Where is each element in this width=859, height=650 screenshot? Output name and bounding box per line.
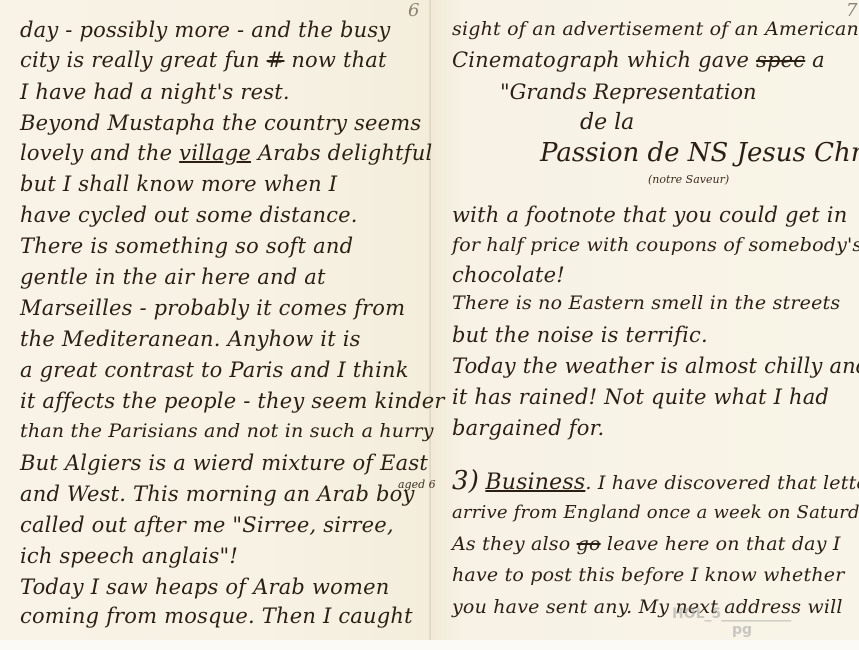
handwritten-line: called out after me "Sirree, sirree, (20, 513, 394, 537)
section-number: 3) (452, 466, 479, 496)
handwritten-line: bargained for. (452, 416, 604, 440)
handwritten-line: coming from mosque. Then I caught (20, 604, 413, 628)
handwritten-line: for half price with coupons of somebody'… (452, 234, 859, 256)
quoted-advertisement-line: Passion de NS Jesus Christ! (540, 138, 859, 168)
handwritten-line: As they also go leave here on that day I (452, 533, 841, 555)
handwritten-line: but the noise is terrific. (452, 323, 708, 347)
handwritten-line: it affects the people - they seem kinder (20, 389, 445, 413)
handwritten-line: ich speech anglais"! (20, 544, 238, 568)
section-heading: Business (485, 470, 585, 495)
interlinear-insertion: aged 6 (398, 478, 436, 491)
handwritten-line: a great contrast to Paris and I think (20, 358, 409, 382)
handwritten-line: Today I saw heaps of Arab women (20, 575, 389, 599)
annotation-note: (notre Saveur) (648, 173, 729, 186)
handwritten-line: gentle in the air here and at (20, 265, 326, 289)
handwritten-line: There is something so soft and (20, 234, 353, 258)
handwritten-line: 3) Business. I have discovered that lett… (452, 466, 859, 496)
handwritten-line: have to post this before I know whether (452, 564, 845, 586)
page-number-left: 6 (408, 0, 419, 21)
handwritten-line: day - possibly more - and the busy (20, 18, 390, 42)
handwritten-line: with a footnote that you could get in (452, 203, 847, 227)
handwritten-line: it has rained! Not quite what I had (452, 385, 829, 409)
letter-scan: 6 7 day - possibly more - and the busy c… (0, 0, 859, 650)
handwritten-line: sight of an advertisement of an American (452, 18, 859, 40)
handwritten-line: but I shall know more when I (20, 172, 337, 196)
quoted-advertisement-line: de la (580, 110, 634, 135)
handwritten-line: Today the weather is almost chilly and (452, 354, 859, 378)
handwritten-line: arrive from England once a week on Satur… (452, 502, 859, 523)
handwritten-line: I have had a night's rest. (20, 80, 290, 104)
scan-bottom-edge (0, 640, 859, 650)
handwritten-line: Beyond Mustapha the country seems (20, 111, 421, 135)
struck-out-word: spec (756, 48, 805, 72)
struck-out-word: go (577, 533, 601, 555)
handwritten-line: lovely and the village Arabs delightful (20, 141, 432, 165)
handwritten-line: than the Parisians and not in such a hur… (20, 420, 434, 442)
handwritten-line: have cycled out some distance. (20, 203, 358, 227)
quoted-advertisement-line: "Grands Representation (500, 80, 757, 104)
handwritten-line: the Mediteranean. Anyhow it is (20, 327, 361, 351)
handwritten-line: city is really great fun # now that (20, 48, 387, 72)
handwritten-line: Cinematograph which gave spec a (452, 48, 825, 72)
handwritten-line: chocolate! (452, 263, 565, 287)
handwritten-line: But Algiers is a wierd mixture of East (20, 451, 428, 475)
filename-watermark: HOL_5__________ pg (672, 606, 791, 638)
underlined-word: village (179, 141, 251, 165)
handwritten-line: and West. This morning an Arab boy (20, 482, 415, 506)
struck-out-mark: # (267, 48, 285, 72)
handwritten-line: Marseilles - probably it comes from (20, 296, 405, 320)
handwritten-line: There is no Eastern smell in the streets (452, 292, 840, 314)
